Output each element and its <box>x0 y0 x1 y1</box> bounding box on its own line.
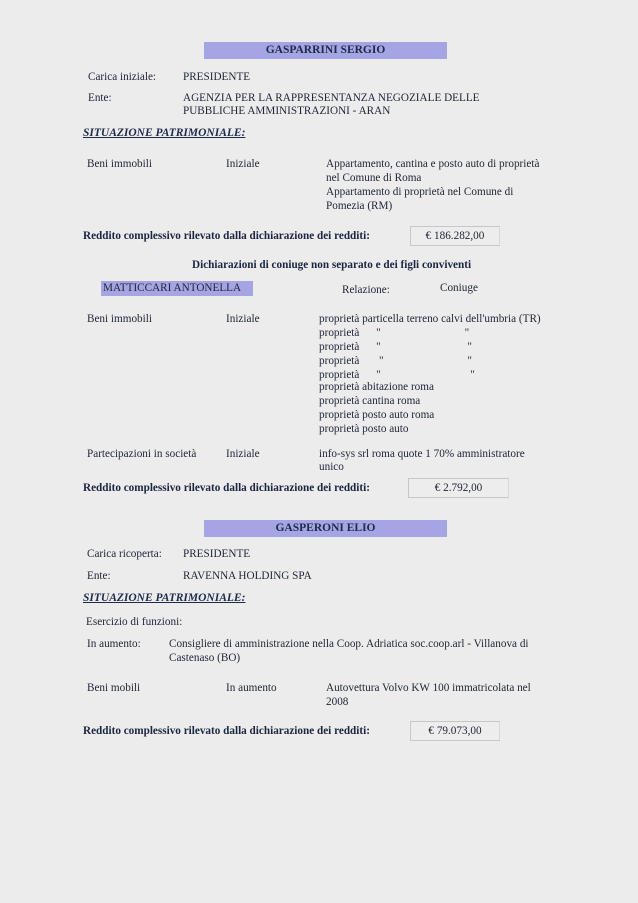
income-value: € 2.792,00 <box>408 478 509 498</box>
asset-line: proprietà cantina roma <box>319 395 420 408</box>
person-name-header: GASPARRINI SERGIO <box>204 42 447 59</box>
functions-line: Castenaso (BO) <box>169 652 240 665</box>
income-label: Reddito complessivo rilevato dalla dichi… <box>83 725 370 738</box>
family-member-name: MATTICCARI ANTONELLA <box>101 281 253 296</box>
relation-value: Coniuge <box>440 282 478 295</box>
section-title: SITUAZIONE PATRIMONIALE: <box>83 592 245 604</box>
family-section-title: Dichiarazioni di coniuge non separato e … <box>192 259 471 272</box>
ente-line-2: PUBBLICHE AMMINISTRAZIONI - ARAN <box>183 105 390 118</box>
functions-status: In aumento: <box>87 638 141 651</box>
asset-category: Beni mobili <box>87 682 140 695</box>
asset-category: Partecipazioni in società <box>87 448 196 461</box>
section-title: SITUAZIONE PATRIMONIALE: <box>83 127 245 139</box>
asset-line: proprietà " " <box>319 327 469 340</box>
asset-line: proprietà " " <box>319 341 472 354</box>
ente-value: RAVENNA HOLDING SPA <box>183 570 312 583</box>
asset-line: unico <box>319 461 344 474</box>
asset-category: Beni immobili <box>87 313 152 326</box>
asset-category: Beni immobili <box>87 158 152 171</box>
asset-line: Pomezia (RM) <box>326 200 392 213</box>
role-label: Carica iniziale: <box>88 71 156 84</box>
asset-status: Iniziale <box>226 448 260 461</box>
asset-line: nel Comune di Roma <box>326 172 421 185</box>
asset-line: Appartamento di proprietà nel Comune di <box>326 186 513 199</box>
asset-line: info-sys srl roma quote 1 70% amministra… <box>319 448 525 461</box>
ente-label: Ente: <box>87 570 111 583</box>
role-value: PRESIDENTE <box>183 548 250 561</box>
asset-line: proprietà particella terreno calvi dell'… <box>319 313 541 326</box>
role-value: PRESIDENTE <box>183 71 250 84</box>
asset-line: 2008 <box>326 696 348 709</box>
asset-line: Appartamento, cantina e posto auto di pr… <box>326 158 539 171</box>
asset-line: proprietà posto auto roma <box>319 409 434 422</box>
functions-line: Consigliere di amministrazione nella Coo… <box>169 638 529 651</box>
asset-status: Iniziale <box>226 158 260 171</box>
income-value: € 186.282,00 <box>410 226 500 246</box>
asset-status: In aumento <box>226 682 277 695</box>
asset-line: proprietà posto auto <box>319 423 408 436</box>
relation-label: Relazione: <box>342 284 390 297</box>
person-name-header: GASPERONI ELIO <box>204 520 447 537</box>
asset-line: Autovettura Volvo KW 100 immatricolata n… <box>326 682 531 695</box>
functions-label: Esercizio di funzioni: <box>86 616 182 629</box>
asset-line: proprietà abitazione roma <box>319 381 434 394</box>
ente-label: Ente: <box>88 92 112 105</box>
asset-line: proprietà " " <box>319 355 472 368</box>
income-value: € 79.073,00 <box>410 721 500 741</box>
ente-line-1: AGENZIA PER LA RAPPRESENTANZA NEGOZIALE … <box>183 92 480 105</box>
role-label: Carica ricoperta: <box>87 548 162 561</box>
asset-status: Iniziale <box>226 313 260 326</box>
income-label: Reddito complessivo rilevato dalla dichi… <box>83 230 370 243</box>
income-label: Reddito complessivo rilevato dalla dichi… <box>83 482 370 495</box>
